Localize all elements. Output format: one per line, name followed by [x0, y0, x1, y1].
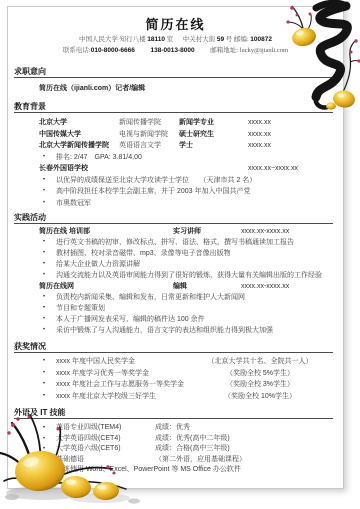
- address-part4: 号 邮编:: [226, 36, 249, 43]
- bullet-icon: •: [43, 186, 56, 198]
- practice-date: xxxx.xx-xxxx.xx: [241, 281, 337, 292]
- bullet-text: 节目和专题策划: [56, 303, 105, 314]
- bullet-icon: •: [43, 198, 56, 210]
- highschool-bullet: • 高中阶段担任本校学生会副主席，并于 2003 年加入中国共产党: [43, 186, 337, 198]
- practice-entry-header: 简历在线 培训部 实习讲师 xxxx.xx-xxxx.xx: [39, 226, 337, 237]
- bullet-text: 高中阶段担任本校学生会副主席，并于 2003 年加入中国共产党: [56, 186, 250, 198]
- practice-role: 实习讲师: [173, 226, 241, 237]
- highschool-bullet: • 以优异的成绩保送至北京大学攻读学士学位 （天津市共 2 名）: [43, 175, 337, 187]
- bullet-icon: •: [43, 175, 56, 187]
- edu-college: 英语语言文学: [119, 140, 179, 152]
- bullet-icon: •: [43, 270, 56, 281]
- section-title-education: 教育背景: [14, 101, 337, 112]
- bullet-text: 采访中锻炼了与人沟通能力，语言文字的表达和组织能力得到极大加强: [56, 325, 273, 336]
- bullet-icon: •: [43, 314, 56, 325]
- section-title-awards: 获奖情况: [14, 341, 337, 352]
- section-rule: [14, 418, 333, 419]
- award-text: xxxx 年度中国人民奖学金: [56, 356, 135, 368]
- bullet-icon: •: [43, 356, 56, 368]
- skill-result: 成绩：优秀: [155, 423, 190, 434]
- email-label: 邮箱地址:: [210, 47, 238, 54]
- objective-content: 简历在线（ijianli.com）记者/编辑: [39, 84, 337, 94]
- award-note: （奖励全校 5%学生）: [185, 368, 335, 380]
- section-title-skills: 外语及 IT 技能: [14, 407, 337, 418]
- practice-bullet: • 沟通交流能力以及英语审阅能力得到了很好的锻炼，获得大量有关编辑出版的工作经验: [43, 270, 337, 281]
- education-row: 北京大学 新闻传播学院 新闻学专业 xxxx.xx: [39, 117, 337, 129]
- bullet-icon: •: [43, 152, 56, 164]
- award-item: • xxxx 年度北京大学校级三好学生 （奖励全校 10%学生）: [43, 391, 337, 403]
- skills-list: • 英语专业四级(TEM4) 成绩：优秀 • 大学英语四级(CET4) 成绩：优…: [14, 423, 337, 476]
- skill-item: • 英语专业四级(TEM4) 成绩：优秀: [43, 423, 337, 434]
- edu-school: 北京大学: [39, 117, 119, 129]
- skill-item: • 大学英语六级(CET6) 成绩：合格(高中三年级): [43, 444, 337, 455]
- bullet-icon: •: [43, 248, 56, 259]
- address-part2: 室: [167, 36, 174, 43]
- award-text: xxxx 年度北京大学校级三好学生: [56, 391, 156, 403]
- section-title-objective: 求职意向: [14, 66, 337, 77]
- address-zip: 100872: [250, 36, 272, 43]
- edu-major: 新闻学专业: [179, 117, 248, 129]
- practice-entry-header: 简历在线网 编辑 xxxx.xx-xxxx.xx: [39, 281, 337, 292]
- skill-name: 基础德语: [56, 455, 155, 466]
- resume-sheet: 简历在线 中国人民大学 知行八楼 18110 室 中关村大街 59 号 邮编: …: [7, 6, 344, 489]
- edu-date: xxxx.xx: [248, 129, 337, 141]
- bullet-icon: •: [43, 391, 56, 403]
- practice-bullet: • 给某大企业做人力资源讲解: [43, 259, 337, 270]
- award-note: （奖励全校 3%学生）: [185, 379, 335, 391]
- bullet-icon: •: [43, 303, 56, 314]
- bullet-icon: •: [43, 455, 56, 466]
- section-rule: [14, 112, 333, 113]
- edu-date: xxxx.xx: [248, 140, 337, 152]
- edu-school: 北京大学新闻传播学院: [39, 140, 119, 152]
- education-row: 北京大学新闻传播学院 英语语言文学 学士 xxxx.xx: [39, 140, 337, 152]
- address-part3: 中关村大街: [183, 36, 216, 43]
- skill-result: 成绩：合格(高中三年级): [155, 444, 230, 455]
- address-room: 18110: [147, 36, 165, 43]
- edu-major: 学士: [179, 140, 248, 152]
- award-note: （北京大学共十名、全院共一人）: [185, 356, 335, 368]
- edu-school: 长春外国语学校: [39, 163, 248, 175]
- edu-college: 电视与新闻学院: [119, 129, 179, 141]
- practice-bullet: • 本人于广播网发表采写、编辑的稿件达 100 余件: [43, 314, 337, 325]
- practice-org: 简历在线 培训部: [39, 226, 173, 237]
- bullet-icon: •: [43, 465, 56, 476]
- bullet-icon: •: [43, 423, 56, 434]
- education-gpa-bullet: • 排名: 2/47 GPA: 3.81/4.00: [43, 152, 337, 164]
- practice-bullet: • 采访中锻炼了与人沟通能力，语言文字的表达和组织能力得到极大加强: [43, 325, 337, 336]
- bullet-text: 负责校内新闻采集、编辑和发布，日常更新和维护人大新闻网: [56, 292, 245, 303]
- practice-bullet: • 进行英文书稿的初审、修改标点、拼写、语法、格式，撰写书稿通读加工报告: [43, 237, 337, 248]
- award-text: xxxx 年度学习优秀一等奖学金: [56, 368, 149, 380]
- practice-date: xxxx.xx-xxxx.xx: [241, 226, 337, 237]
- section-rule: [14, 77, 333, 78]
- practice-bullet: • 教材插图、校对录音磁带、mp3、录像等电子音像出版物: [43, 248, 337, 259]
- address-street-no: 59: [217, 36, 224, 43]
- phone-2: 138-0013-8000: [150, 47, 194, 54]
- bullet-icon: •: [43, 237, 56, 248]
- bullet-icon: •: [43, 259, 56, 270]
- bullet-icon: •: [43, 434, 56, 445]
- practice-org: 简历在线网: [39, 281, 173, 292]
- bullet-icon: •: [43, 325, 56, 336]
- edu-school: 中国传媒大学: [39, 129, 119, 141]
- skill-item: • 熟练使用 Word、Excel、PowerPoint 等 MS Office…: [43, 465, 337, 476]
- skill-item: • 基础德语 （第二外语，应用基础课程）: [43, 455, 337, 466]
- award-item: • xxxx 年度中国人民奖学金 （北京大学共十名、全院共一人）: [43, 356, 337, 368]
- practice-bullet: • 负责校内新闻采集、编辑和发布，日常更新和维护人大新闻网: [43, 292, 337, 303]
- phone-1: 010-8000-6666: [91, 47, 135, 54]
- award-text: xxxx 年度社会工作与志愿服务一等奖学金: [56, 379, 184, 391]
- bullet-text: 给某大企业做人力资源讲解: [56, 259, 140, 270]
- education-row: 中国传媒大学 电视与新闻学院 硕士研究生 xxxx.xx: [39, 129, 337, 141]
- skill-result: （第二外语，应用基础课程）: [155, 455, 246, 466]
- address-line: 中国人民大学 知行八楼 18110 室 中关村大街 59 号 邮编: 10087…: [14, 35, 337, 45]
- section-title-practice: 实践活动: [14, 212, 337, 223]
- skill-name: 大学英语四级(CET4): [56, 434, 155, 445]
- bullet-text: 本人于广播网发表采写、编辑的稿件达 100 余件: [56, 314, 205, 325]
- section-rule: [14, 352, 333, 353]
- skill-name: 大学英语六级(CET6): [56, 444, 155, 455]
- edu-college: 新闻传播学院: [119, 117, 179, 129]
- education-highschool-row: 长春外国语学校 xxxx.xx~xxxx.xx: [39, 163, 337, 175]
- skill-result: 成绩：优秀(高中二年级): [155, 434, 230, 445]
- page-title: 简历在线: [14, 17, 337, 33]
- education-table: 北京大学 新闻传播学院 新闻学专业 xxxx.xx 中国传媒大学 电视与新闻学院…: [39, 117, 337, 152]
- skill-name: 英语专业四级(TEM4): [56, 423, 155, 434]
- bullet-text: 市奥数冠军: [56, 198, 91, 210]
- email-value: lucky@ijianli.com: [240, 47, 288, 54]
- edu-date: xxxx.xx~xxxx.xx: [248, 163, 337, 175]
- bullet-icon: •: [43, 379, 56, 391]
- skill-item: • 大学英语四级(CET4) 成绩：优秀(高中二年级): [43, 434, 337, 445]
- bullet-icon: •: [43, 368, 56, 380]
- bullet-text: 以优异的成绩保送至北京大学攻读学士学位 （天津市共 2 名）: [56, 175, 256, 187]
- edu-major: 硕士研究生: [179, 129, 248, 141]
- section-rule: [14, 223, 333, 224]
- award-item: • xxxx 年度学习优秀一等奖学金 （奖励全校 5%学生）: [43, 368, 337, 380]
- practice-bullet: • 节目和专题策划: [43, 303, 337, 314]
- contact-line: 联系电话:010-8000-6666 138-0013-8000 邮箱地址: l…: [14, 46, 337, 56]
- edu-date: xxxx.xx: [248, 117, 337, 129]
- bullet-text: 教材插图、校对录音磁带、mp3、录像等电子音像出版物: [56, 248, 231, 259]
- gpa-text: 排名: 2/47 GPA: 3.81/4.00: [56, 152, 142, 164]
- bullet-text: 进行英文书稿的初审、修改标点、拼写、语法、格式，撰写书稿通读加工报告: [56, 237, 294, 248]
- award-note: （奖励全校 10%学生）: [185, 391, 335, 403]
- plum-branch-icon: [342, 39, 360, 94]
- practice-role: 编辑: [173, 281, 241, 292]
- address-part1: 中国人民大学 知行八楼: [79, 36, 146, 43]
- bullet-icon: •: [43, 292, 56, 303]
- highschool-bullet: • 市奥数冠军: [43, 198, 337, 210]
- awards-list: • xxxx 年度中国人民奖学金 （北京大学共十名、全院共一人） • xxxx …: [14, 356, 337, 402]
- award-item: • xxxx 年度社会工作与志愿服务一等奖学金 （奖励全校 3%学生）: [43, 379, 337, 391]
- bullet-icon: •: [43, 444, 56, 455]
- skill-footer: 熟练使用 Word、Excel、PowerPoint 等 MS Office 办…: [56, 465, 241, 476]
- bullet-text: 沟通交流能力以及英语审阅能力得到了很好的锻炼，获得大量有关编辑出版的工作经验: [56, 270, 322, 281]
- phone-label: 联系电话:: [63, 47, 91, 54]
